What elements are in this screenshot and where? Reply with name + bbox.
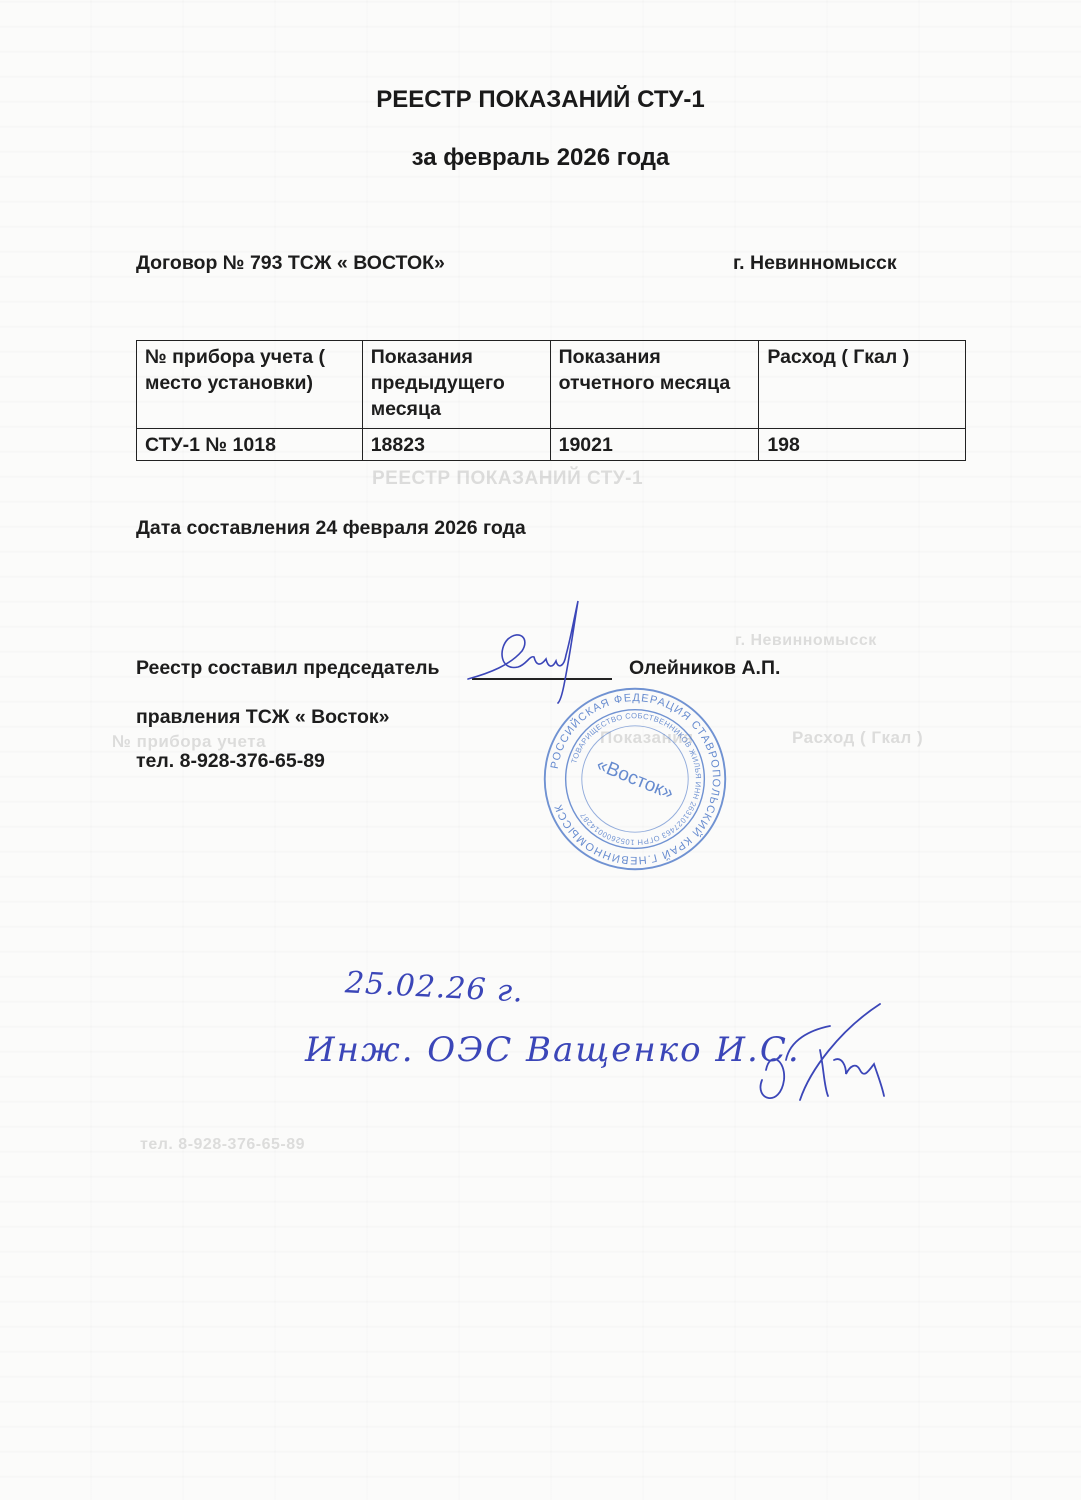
ghost-header-3: Расход ( Гкал ) — [792, 728, 923, 748]
phone-line: тел. 8-928-376-65-89 — [136, 750, 325, 773]
signature-line — [472, 678, 612, 680]
ghost-header-1: № прибора учета — [112, 732, 266, 752]
document-title: РЕЕСТР ПОКАЗАНИЙ СТУ-1 — [0, 86, 1081, 114]
table-header-row: № прибора учета ( место установки) Показ… — [137, 341, 966, 429]
compiled-by-org: правления ТСЖ « Восток» — [136, 706, 390, 729]
ghost-phone: тел. 8-928-376-65-89 — [140, 1136, 305, 1154]
handwritten-date: 25.02.26 г. — [344, 965, 524, 1009]
cell-device: СТУ-1 № 1018 — [137, 429, 363, 461]
date-line: Дата составления 24 февраля 2026 года — [136, 517, 526, 540]
readings-table: № прибора учета ( место установки) Показ… — [136, 340, 966, 461]
handwritten-inspector-note: Инж. ОЭС Ващенко И.С. — [305, 1030, 801, 1070]
cell-consumption: 198 — [759, 429, 966, 461]
document-subtitle: за февраль 2026 года — [0, 144, 1081, 172]
ghost-title: РЕЕСТР ПОКАЗАНИЙ СТУ-1 — [372, 468, 643, 490]
stamp-center-text: «Восток» — [593, 754, 676, 804]
cell-current: 19021 — [550, 429, 759, 461]
cell-previous: 18823 — [362, 429, 550, 461]
ghost-city: г. Невинномысск — [735, 632, 877, 650]
city-line: г. Невинномысск — [733, 252, 897, 275]
compiled-by-name: Олейников А.П. — [629, 657, 780, 680]
compiled-by-label: Реестр составил председатель — [136, 657, 440, 680]
header-device: № прибора учета ( место установки) — [137, 341, 363, 429]
header-current: Показания отчетного месяца — [550, 341, 759, 429]
header-consumption: Расход ( Гкал ) — [759, 341, 966, 429]
organization-stamp: РОССИЙСКАЯ ФЕДЕРАЦИЯ СТАВРОПОЛЬСКИЙ КРАЙ… — [540, 684, 730, 874]
table-row: СТУ-1 № 1018 18823 19021 198 — [137, 429, 966, 461]
header-previous: Показания предыдущего месяца — [362, 341, 550, 429]
contract-line: Договор № 793 ТСЖ « ВОСТОК» — [136, 252, 445, 275]
